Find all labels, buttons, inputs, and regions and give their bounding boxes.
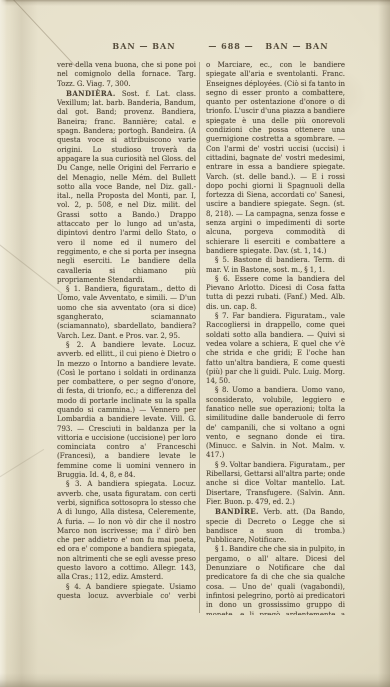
- book-page: BAN — BAN — 688 — BAN — BAN vere della v…: [0, 0, 390, 687]
- section-paragraph-3: § 3. A bandiera spiegata. Locuz. avverb.…: [57, 480, 196, 582]
- entry-headword: BANDIÈRA.: [66, 89, 116, 98]
- continued-paragraph: o Marciare, ec., con le bandiere spiegat…: [206, 61, 345, 256]
- section-paragraph-4: § 4. A bandiere spiegate. Usiamo questa …: [57, 583, 196, 601]
- page-right-edge: [378, 0, 390, 687]
- column-divider-rule: [199, 62, 200, 613]
- scanned-book-page: { "theme": { "paper": "#e7e1cb", "paper_…: [0, 0, 390, 687]
- entry-bandire: BANDÌRE. Verb. att. (Da Bando, specie di…: [206, 507, 345, 545]
- section-paragraph-2: § 2. A bandiere levate. Locuz. avverb. e…: [57, 341, 196, 480]
- section-paragraph-6: § 6. Essere come la bandiera del Pievano…: [206, 275, 345, 312]
- entry-headword: BANDÌRE.: [215, 507, 259, 516]
- running-head-right: BAN — BAN: [265, 41, 328, 51]
- left-text-column: vere della vena buona, che si pone poi n…: [57, 61, 196, 601]
- section-paragraph-7: § 7. Far bandiera. Figuratam., vale Racc…: [206, 312, 345, 386]
- page-top-edge: [0, 0, 390, 6]
- page-bottom-edge: [0, 673, 390, 687]
- entry-definition: Sost. f. Lat. class. Vexillum; lat. barb…: [57, 90, 196, 284]
- binding-gutter-shadow: [8, 0, 38, 687]
- section-paragraph-8: § 8. Uomo a bandiera. Uomo vano, sconsid…: [206, 386, 345, 460]
- continued-paragraph: vere della vena buona, che si pone poi n…: [57, 61, 196, 89]
- section-paragraph-10: § 1. Bandire che che sia in pulpito, in …: [206, 545, 345, 615]
- section-paragraph-1: § 1. Bandiera, figuratam., detto di Uomo…: [57, 285, 196, 341]
- section-paragraph-9: § 9. Voltar bandiera. Figuratam., per Ri…: [206, 461, 345, 507]
- section-paragraph-5: § 5. Bastone di bandiera. Term. di mar. …: [206, 256, 345, 275]
- entry-bandiera: BANDIÈRA. Sost. f. Lat. class. Vexillum;…: [57, 89, 196, 285]
- page-left-edge: [0, 0, 7, 687]
- page-number: — 688 —: [208, 41, 253, 51]
- running-head-left: BAN — BAN: [112, 41, 175, 51]
- right-text-column: o Marciare, ec., con le bandiere spiegat…: [206, 61, 345, 615]
